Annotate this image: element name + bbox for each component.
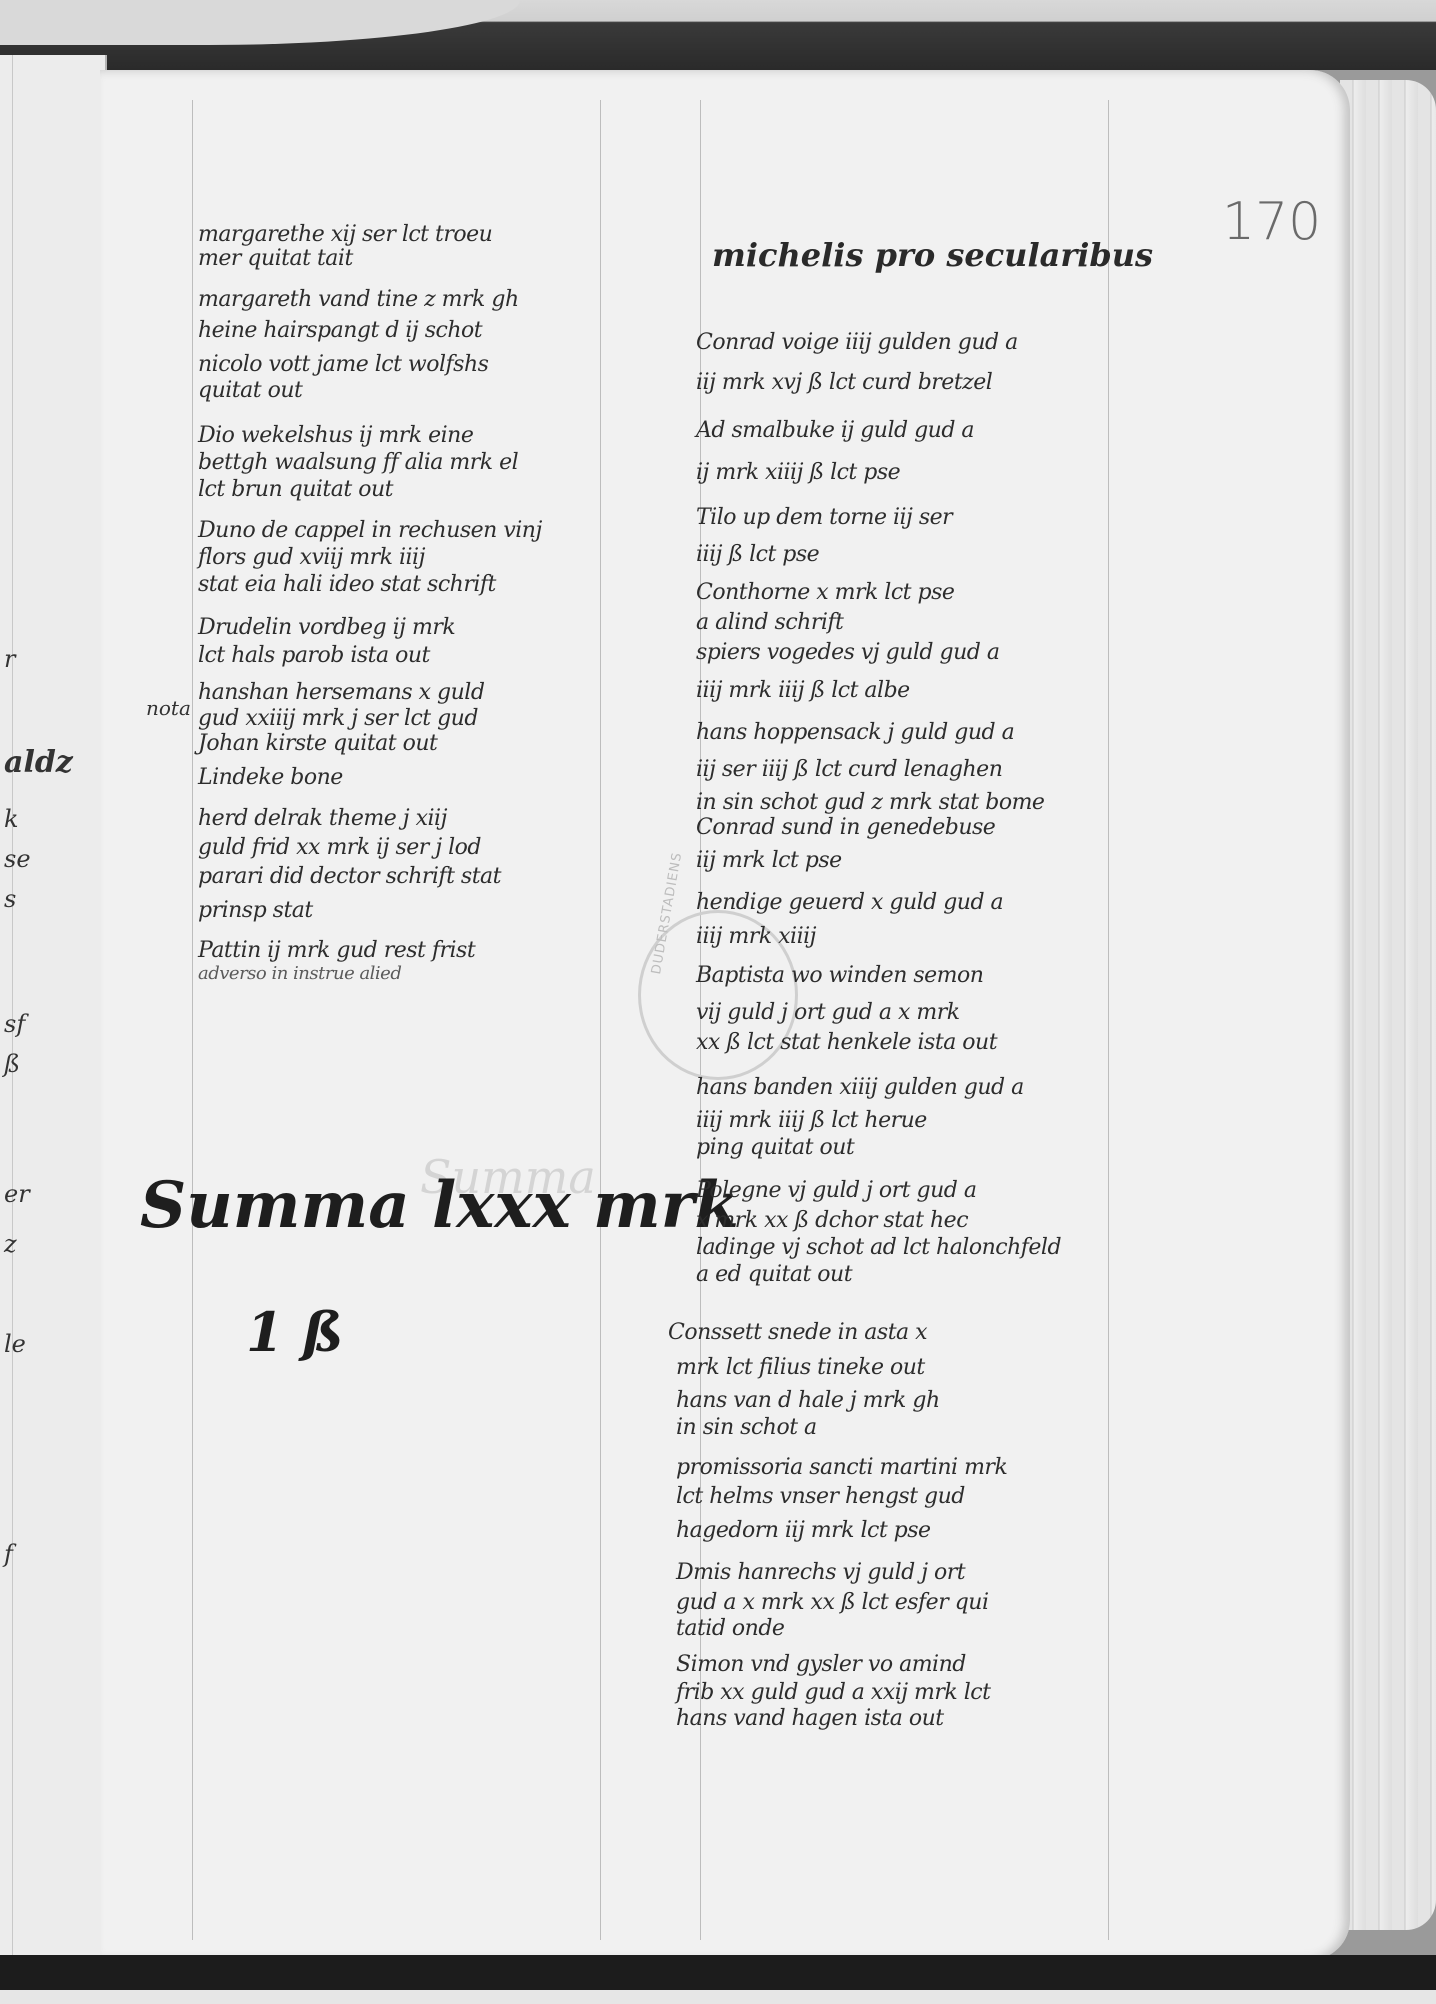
entry-line: guld frid xx mrk ij ser j lod: [198, 835, 481, 860]
entry-line: xx ß lct stat henkele ista out: [696, 1030, 997, 1055]
entry-line: in sin schot gud z mrk stat bome: [696, 790, 1044, 815]
entry-line: Conrad voige iiij gulden gud a: [696, 330, 1018, 355]
left-page-fragment: k: [4, 805, 19, 833]
entry-line: Duno de cappel in rechusen vinj: [198, 518, 542, 543]
ruling-line: [192, 100, 193, 1940]
entry-line: iiij mrk iiij ß lct albe: [696, 678, 910, 703]
entry-line: in sin schot a: [676, 1415, 817, 1440]
entry-line: nicolo vott jame lct wolfshs: [198, 352, 488, 377]
entry-line: hendige geuerd x guld gud a: [696, 890, 1003, 915]
entry-line: stat eia hali ideo stat schrift: [198, 572, 496, 597]
entry-line: herd delrak theme j xiij: [198, 806, 447, 831]
left-facing-page: [0, 55, 107, 1955]
left-page-fragment: se: [4, 845, 31, 873]
entry-line: iij mrk xvj ß lct curd bretzel: [696, 370, 992, 395]
entry-line: gud a x mrk xx ß lct esfer qui: [676, 1590, 989, 1615]
entry-line: hans hoppensack j guld gud a: [696, 720, 1014, 745]
left-page-fragment: z: [4, 1230, 17, 1258]
entry-line: quitat out: [198, 378, 302, 403]
column-heading: michelis pro secularibus: [712, 236, 1153, 274]
left-page-fragment: le: [4, 1330, 26, 1358]
entry-line: ij mrk xiiij ß lct pse: [696, 460, 900, 485]
entry-line: hanshan hersemans x guld: [198, 680, 484, 705]
entry-line: a alind schrift: [696, 610, 843, 635]
entry-line: iiij mrk xiiij: [696, 924, 816, 949]
ruling-line: [600, 100, 601, 1940]
left-page-fragment: r: [4, 645, 15, 673]
entry-line: iij mrk lct pse: [696, 848, 842, 873]
entry-line: ladinge vj schot ad lct halonchfeld: [696, 1235, 1061, 1260]
entry-line: Tilo up dem torne iij ser: [696, 505, 952, 530]
entry-line: Dio wekelshus ij mrk eine: [198, 423, 473, 448]
entry-line: mer quitat tait: [198, 246, 353, 271]
left-page-fragment: aldz: [4, 745, 73, 780]
summa-subtotal: 1 ß: [246, 1300, 343, 1364]
entry-line: Dmis hanrechs vj guld j ort: [676, 1560, 965, 1585]
entry-line: lct hals parob ista out: [198, 643, 430, 668]
entry-line: mrk lct filius tineke out: [676, 1355, 925, 1380]
entry-line: lct brun quitat out: [198, 477, 393, 502]
entry-line: heine hairspangt d ij schot: [198, 318, 482, 343]
entry-line: Simon vnd gysler vo amind: [676, 1652, 966, 1677]
entry-line: adverso in instrue alied: [198, 963, 401, 984]
entry-line: Johan kirste quitat out: [198, 731, 437, 756]
entry-line: iiij ß lct pse: [696, 542, 819, 567]
entry-line: hagedorn iij mrk lct pse: [676, 1518, 931, 1543]
entry-line: promissoria sancti martini mrk: [676, 1455, 1007, 1480]
entry-line: spiers vogedes vj guld gud a: [696, 640, 999, 665]
entry-line: Conthorne x mrk lct pse: [696, 580, 954, 605]
entry-line: Conrad sund in genedebuse: [696, 815, 995, 840]
entry-line: Baptista wo winden semon: [696, 963, 983, 988]
book-top-edge: [0, 0, 1436, 70]
entry-line: frib xx guld gud a xxij mrk lct: [676, 1680, 990, 1705]
entry-line: gud xxiiij mrk j ser lct gud: [198, 706, 478, 731]
left-page-fragment: s: [4, 885, 16, 913]
entry-line: vij guld j ort gud a x mrk: [696, 1000, 960, 1025]
entry-line: hans vand hagen ista out: [676, 1706, 944, 1731]
entry-line: margarethe xij ser lct troeu: [198, 222, 492, 247]
entry-line: bettgh waalsung ff alia mrk el: [198, 450, 518, 475]
left-page-fragment: er: [4, 1180, 30, 1208]
entry-line: tatid onde: [676, 1616, 784, 1641]
entry-line: ping quitat out: [696, 1135, 854, 1160]
entry-line: x mrk xx ß dchor stat hec: [696, 1208, 968, 1233]
entry-line: lct helms vnser hengst gud: [676, 1484, 965, 1509]
margin-note: nota: [146, 696, 191, 720]
entry-line: iij ser iiij ß lct curd lenaghen: [696, 757, 1002, 782]
entry-line: Drudelin vordbeg ij mrk: [198, 615, 455, 640]
entry-line: hans banden xiiij gulden gud a: [696, 1075, 1024, 1100]
entry-line: iiij mrk iiij ß lct herue: [696, 1108, 927, 1133]
left-page-rule: [12, 55, 13, 1955]
entry-line: Conssett snede in asta x: [668, 1320, 927, 1345]
summa-total: Summa lxxx mrk: [140, 1168, 739, 1243]
entry-line: Polegne vj guld j ort gud a: [696, 1178, 976, 1203]
entry-line: prinsp stat: [198, 898, 313, 923]
left-page-fragment: sf: [4, 1010, 25, 1038]
left-page-fragment: f: [4, 1540, 13, 1568]
entry-line: flors gud xviij mrk iiij: [198, 545, 425, 570]
scan-background-strip: [0, 1990, 1436, 2004]
folio-number: 170: [1222, 192, 1321, 252]
entry-line: margareth vand tine z mrk gh: [198, 287, 519, 312]
page-block-edges: [1340, 80, 1436, 1930]
entry-line: a ed quitat out: [696, 1262, 852, 1287]
left-page-fragment: ß: [4, 1050, 20, 1078]
entry-line: Ad smalbuke ij guld gud a: [696, 418, 974, 443]
entry-line: hans van d hale j mrk gh: [676, 1388, 940, 1413]
ruling-line: [1108, 100, 1109, 1940]
entry-line: Lindeke bone: [198, 765, 343, 790]
entry-line: parari did dector schrift stat: [198, 864, 501, 889]
entry-line: Pattin ij mrk gud rest frist: [198, 938, 475, 963]
